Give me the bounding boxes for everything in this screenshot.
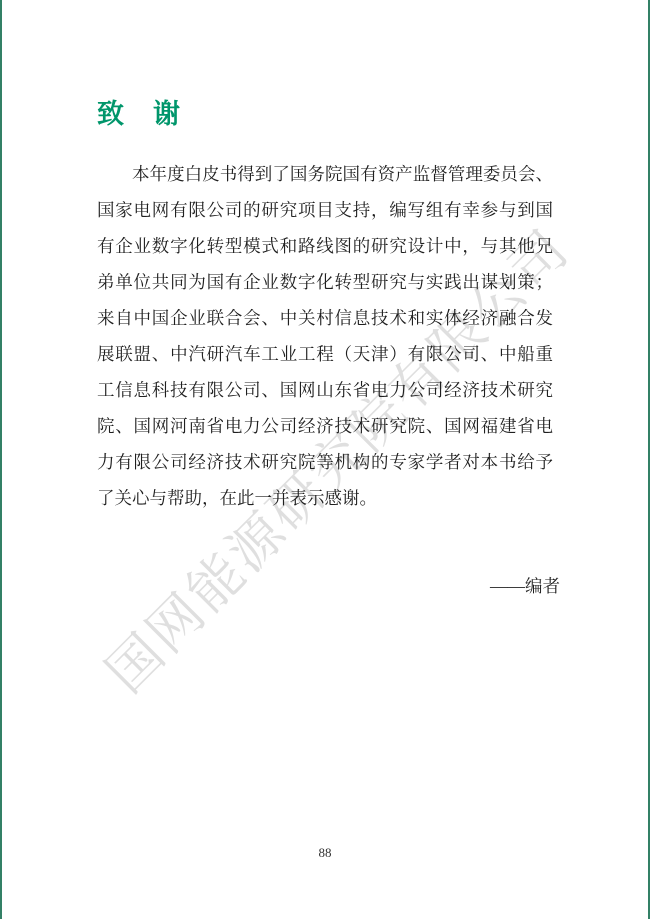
- paragraph-line: 弟单位共同为国有企业数字化转型研究与实践出谋划策；: [97, 264, 553, 300]
- acknowledgement-paragraph: 本年度白皮书得到了国务院国有资产监督管理委员会、国家电网有限公司的研究项目支持，…: [97, 156, 553, 516]
- document-page: 国网能源研究院有限公司 致 谢 本年度白皮书得到了国务院国有资产监督管理委员会、…: [0, 0, 650, 919]
- page-title: 致 谢: [97, 92, 181, 131]
- editor-signature: ——编者: [490, 573, 560, 598]
- page-number: 88: [0, 845, 650, 861]
- paragraph-line: 有企业数字化转型模式和路线图的研究设计中，与其他兄: [97, 228, 553, 264]
- left-edge-rule: [0, 0, 2, 919]
- paragraph-line: 工信息科技有限公司、国网山东省电力公司经济技术研究: [97, 372, 553, 408]
- paragraph-line: 展联盟、中汽研汽车工业工程（天津）有限公司、中船重: [97, 336, 553, 372]
- paragraph-line: 本年度白皮书得到了国务院国有资产监督管理委员会、: [97, 156, 553, 192]
- paragraph-line: 了关心与帮助，在此一并表示感谢。: [97, 480, 553, 516]
- paragraph-line: 力有限公司经济技术研究院等机构的专家学者对本书给予: [97, 444, 553, 480]
- paragraph-line: 院、国网河南省电力公司经济技术研究院、国网福建省电: [97, 408, 553, 444]
- paragraph-line: 来自中国企业联合会、中关村信息技术和实体经济融合发: [97, 300, 553, 336]
- paragraph-line: 国家电网有限公司的研究项目支持，编写组有幸参与到国: [97, 192, 553, 228]
